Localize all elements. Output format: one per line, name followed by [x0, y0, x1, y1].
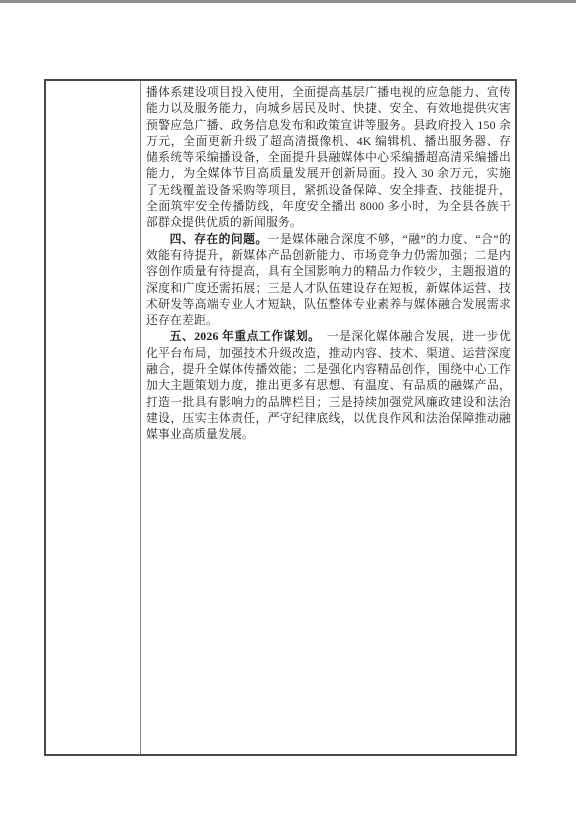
- heading-run: 五、2026 年重点工作谋划。: [170, 329, 315, 343]
- paragraph: 四、存在的问题。一是媒体融合深度不够，“融”的力度、“合”的效能有待提升，新媒体…: [146, 231, 511, 329]
- paragraph: 五、2026 年重点工作谋划。 一是深化媒体融合发展，进一步优化平台布局，加强技…: [146, 328, 511, 442]
- text-run: 播体系建设项目投入使用，全面提高基层广播电视的应急能力、宣传能力以及服务能力，向…: [146, 85, 511, 229]
- table-left-cell: [46, 81, 141, 754]
- document-page: 播体系建设项目投入使用，全面提高基层广播电视的应急能力、宣传能力以及服务能力，向…: [0, 0, 576, 817]
- table-right-cell: 播体系建设项目投入使用，全面提高基层广播电视的应急能力、宣传能力以及服务能力，向…: [141, 81, 515, 754]
- text-run: 一是深化媒体融合发展，进一步优化平台布局，加强技术升级改造，推动内容、技术、渠道…: [146, 329, 511, 441]
- scan-edge-artifact: [0, 0, 576, 3]
- heading-run: 四、存在的问题。: [170, 232, 268, 246]
- paragraph: 播体系建设项目投入使用，全面提高基层广播电视的应急能力、宣传能力以及服务能力，向…: [146, 84, 511, 231]
- report-table: 播体系建设项目投入使用，全面提高基层广播电视的应急能力、宣传能力以及服务能力，向…: [44, 79, 517, 756]
